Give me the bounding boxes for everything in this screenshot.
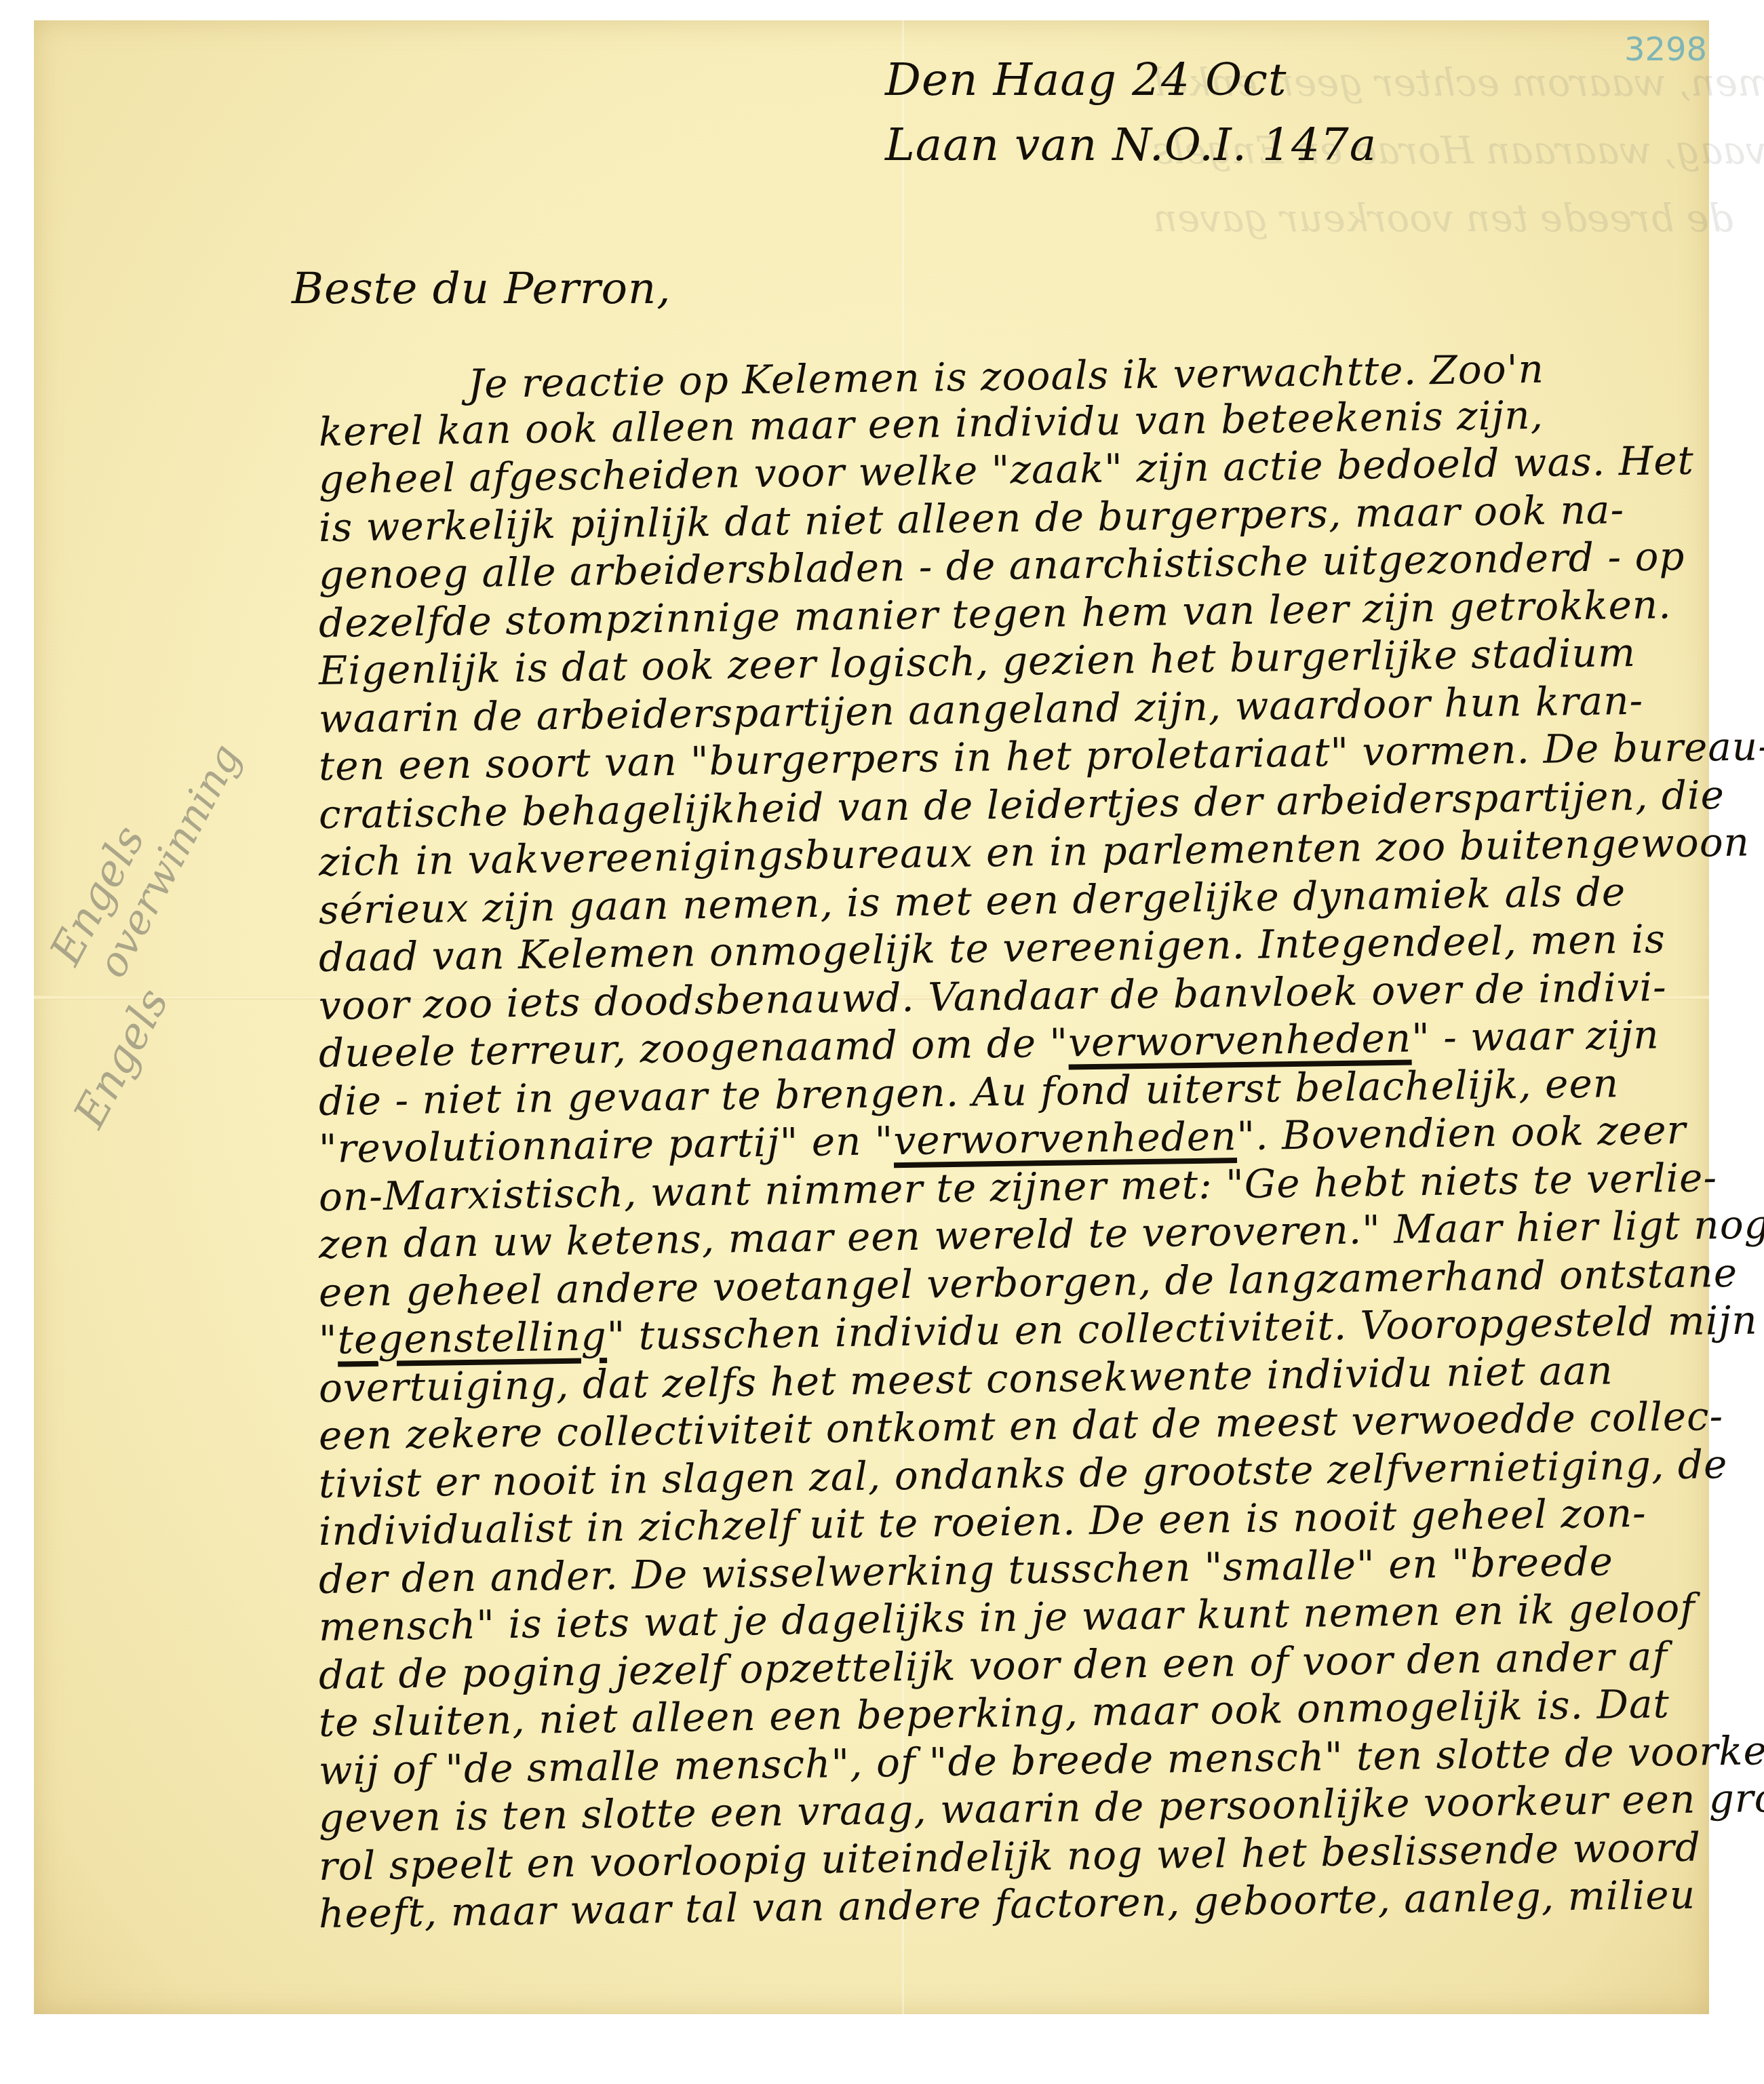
underlined-phrase: tegenstelling xyxy=(337,1313,607,1363)
archive-number: 3298 xyxy=(1624,31,1707,68)
underlined-phrase: verworvenheden xyxy=(893,1113,1237,1164)
underlined-phrase: verworvenheden xyxy=(1068,1015,1412,1066)
salutation: Beste du Perron, xyxy=(292,268,671,310)
sender-address: Laan van N.O.I. 147a xyxy=(885,113,1377,178)
letter-header: Den Haag 24 Oct Laan van N.O.I. 147a xyxy=(885,47,1377,178)
place-date: Den Haag 24 Oct xyxy=(885,47,1377,113)
bleed-through-text: de breede ten voorkeur gaven xyxy=(1153,197,1733,241)
